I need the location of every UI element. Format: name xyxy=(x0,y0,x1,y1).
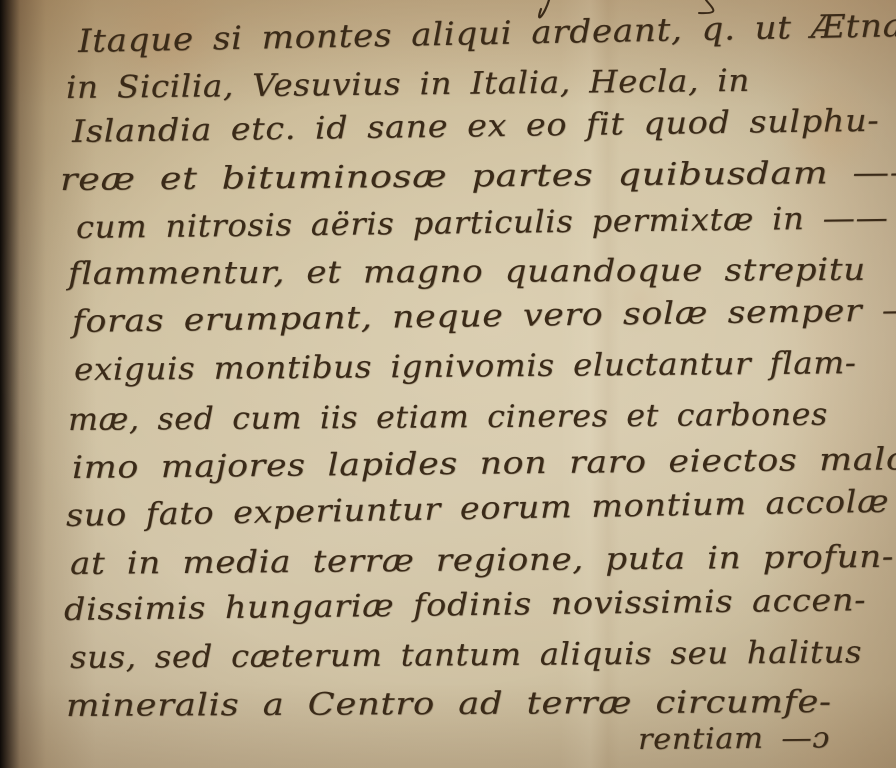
manuscript-line: Islandia etc. id sane ex eo fit quod sul… xyxy=(72,103,880,150)
manuscript-line: foras erumpant, neque vero solæ semper —… xyxy=(72,292,896,340)
catchword: rentiam —ɔ xyxy=(638,720,830,756)
manuscript-line: imo majores lapides non raro eiectos mal… xyxy=(72,441,896,486)
manuscript-line: mineralis a Centro ad terræ circumfe- xyxy=(66,684,832,724)
manuscript-line: mæ, sed cum iis etiam cineres et carbone… xyxy=(68,397,828,438)
manuscript-line: sus, sed cæterum tantum aliquis seu hali… xyxy=(70,634,862,676)
manuscript-line: exiguis montibus ignivomis eluctantur fl… xyxy=(74,345,857,388)
manuscript-line: in Sicilia, Vesuvius in Italia, Hecla, i… xyxy=(66,63,750,106)
manuscript-line: reæ et bituminosæ partes quibusdam ——— xyxy=(60,154,896,198)
manuscript-line: flammentur, et magno quandoque strepitu xyxy=(68,252,866,292)
manuscript-line: dissimis hungariæ fodinis novissimis acc… xyxy=(64,582,866,628)
manuscript-line: at in media terræ regione, puta in profu… xyxy=(70,539,894,582)
manuscript-page: Itaque si montes aliqui ardeant, q. ut Æ… xyxy=(0,0,896,768)
manuscript-line: suo fato experiuntur eorum montium accol… xyxy=(66,482,896,534)
manuscript-line: cum nitrosis aëris particulis permixtæ i… xyxy=(76,200,889,246)
